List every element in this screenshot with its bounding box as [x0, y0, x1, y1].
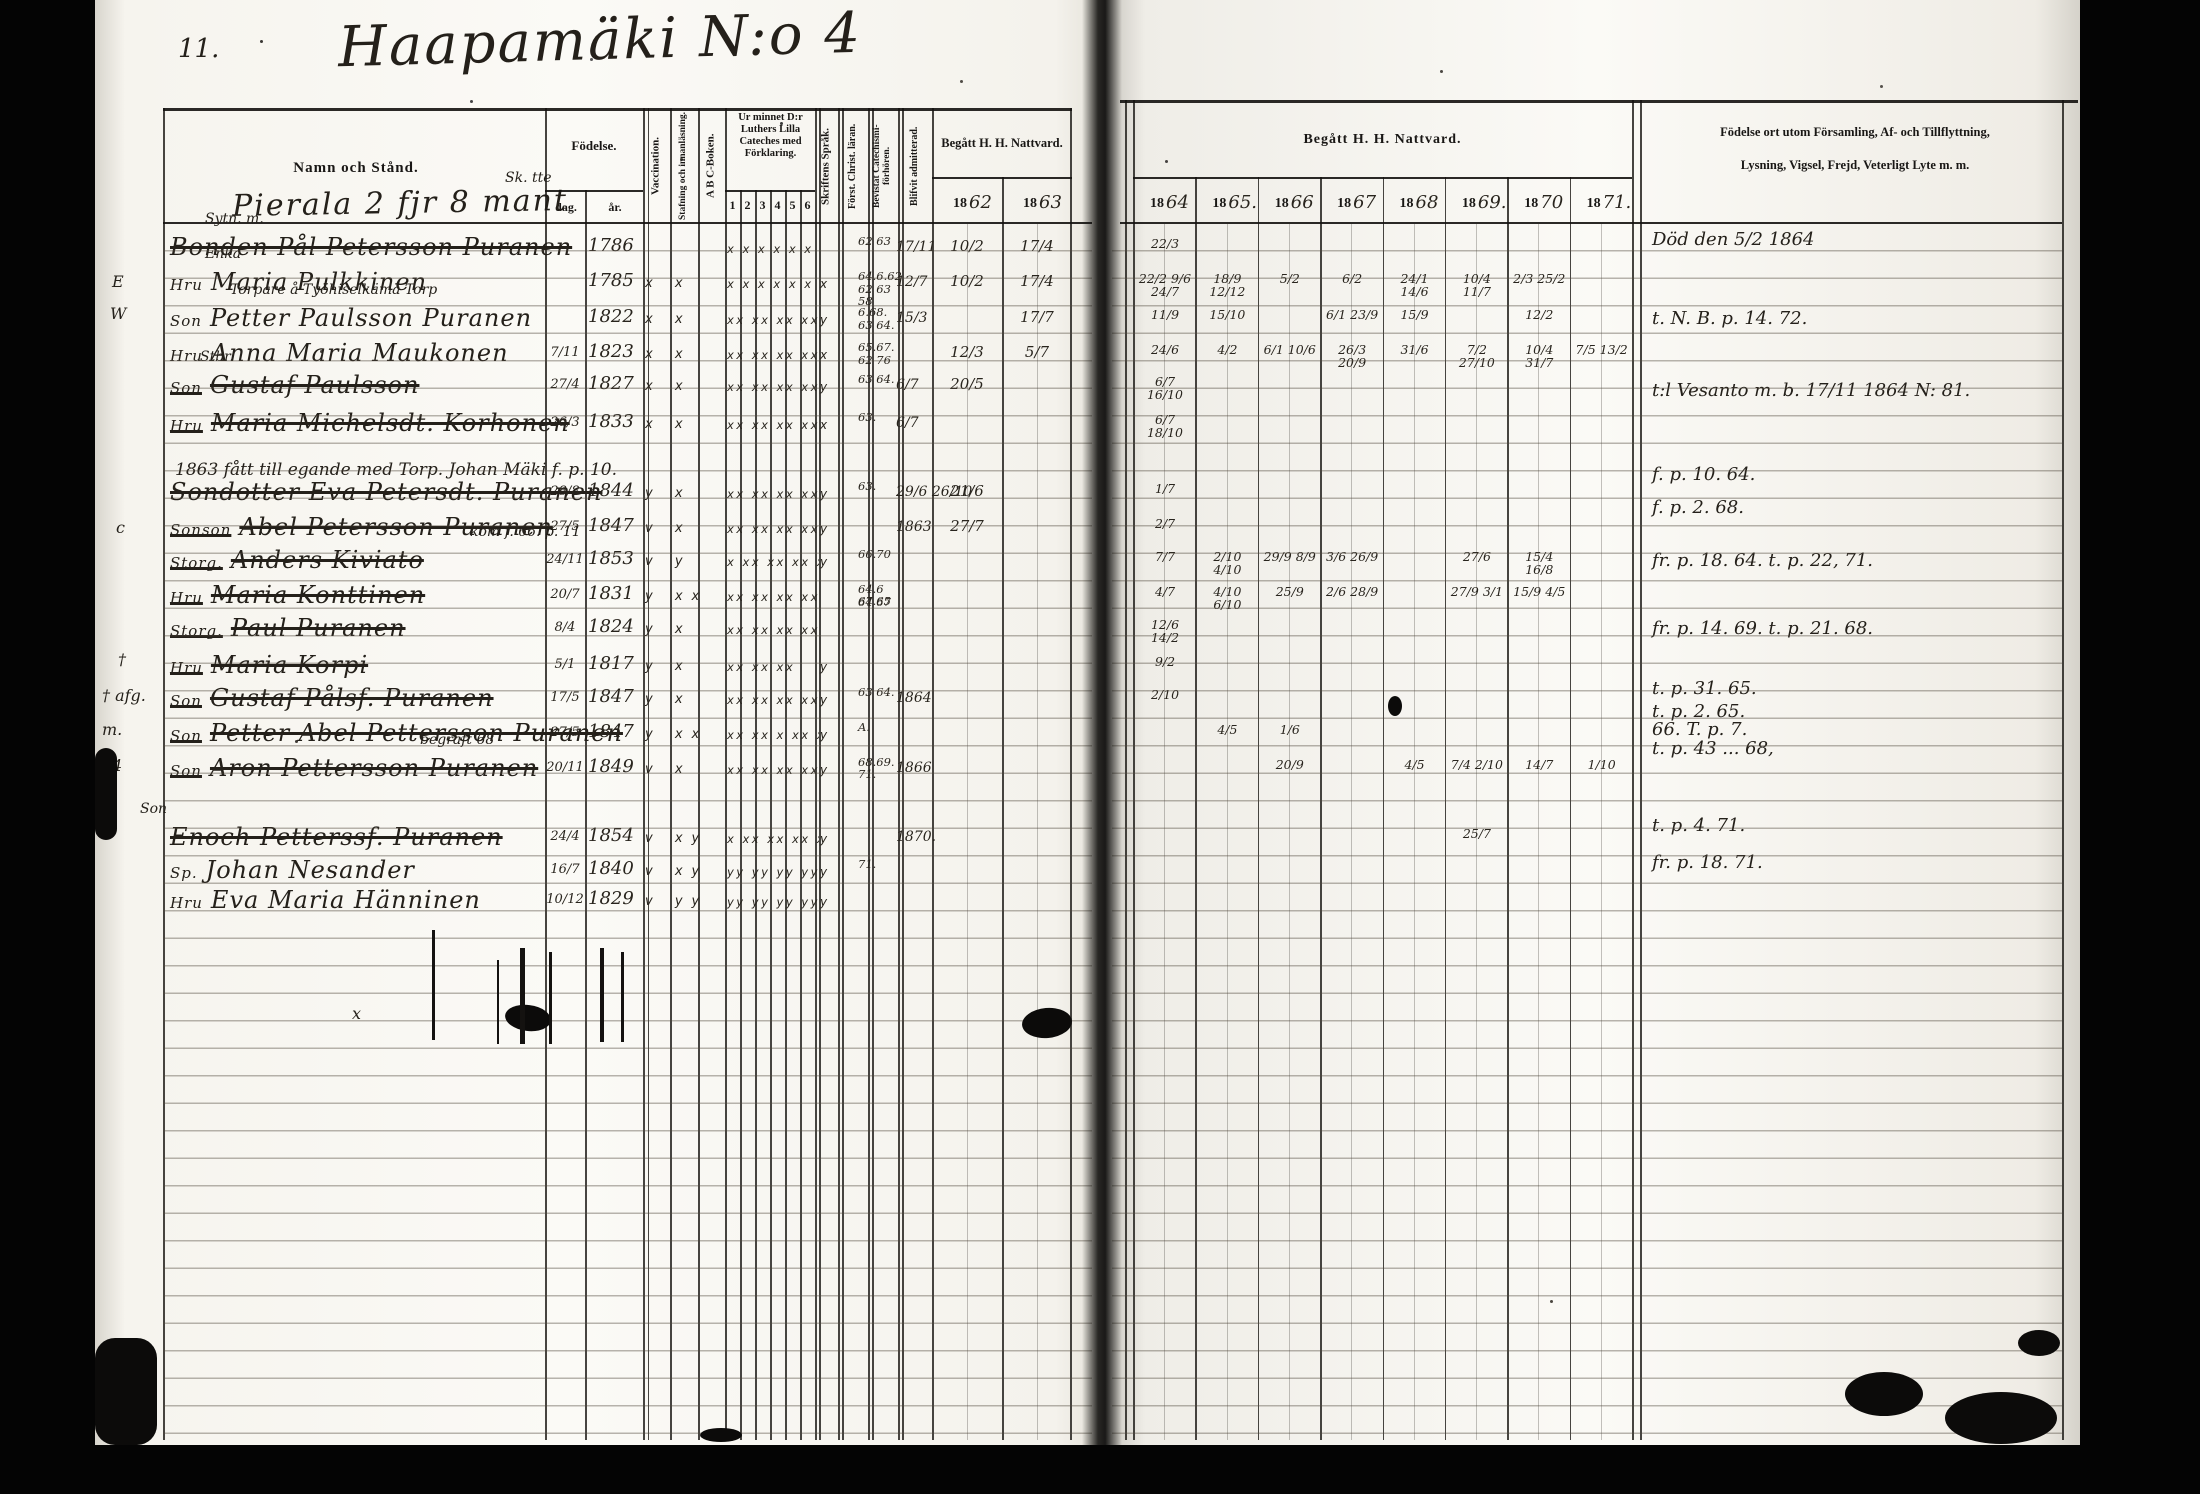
margin-mark: W	[110, 304, 126, 323]
communion-year-handwritten: 71.	[1603, 192, 1632, 213]
communion-year-prefix: 18	[1509, 196, 1538, 212]
communion-year-prefix: 18	[1322, 196, 1351, 212]
ink-stroke	[600, 948, 604, 1042]
ruled-lines-right	[1112, 224, 2062, 1442]
communion-year-prefix: 18	[936, 196, 967, 212]
column-line	[2062, 100, 2064, 1440]
margin-mark: †	[118, 650, 126, 669]
communion-year-handwritten: 65.	[1228, 192, 1257, 213]
catechism-col-number: 2	[740, 198, 755, 213]
ink-stroke	[432, 930, 435, 1040]
column-header-abc-boken: A B C-Boken.	[698, 112, 725, 220]
catechism-col-number: 4	[770, 198, 785, 213]
table-border-line	[1120, 100, 2078, 103]
scan-margin-left	[0, 0, 95, 1494]
communion-year-prefix: 18	[1260, 196, 1289, 212]
ink-smudge	[1845, 1372, 1923, 1416]
communion-year-prefix: 18	[1197, 196, 1226, 212]
communion-year-handwritten: 62	[969, 192, 992, 213]
communion-year-handwritten: 63	[1039, 192, 1062, 213]
notes-header-line2: Lysning, Vigsel, Frejd, Veterligt Lyte m…	[1655, 158, 2055, 173]
communion-year-handwritten: 68	[1416, 192, 1439, 213]
communion-year-prefix: 18	[1572, 196, 1601, 212]
column-header-ar: år.	[588, 200, 642, 215]
table-border-line	[932, 177, 1072, 179]
ink-stroke	[549, 952, 552, 1044]
table-border-line	[163, 108, 1072, 111]
table-border-line	[725, 190, 815, 192]
catechism-col-number: 1	[725, 198, 740, 213]
margin-mark: m.	[102, 720, 122, 739]
communion-year-prefix: 18	[1447, 196, 1476, 212]
column-header-cateches: Ur minnet D:r Luthers Lilla Cateches med…	[726, 112, 815, 160]
catechism-col-number: 5	[785, 198, 800, 213]
communion-year-prefix: 18	[1135, 196, 1164, 212]
ink-smudge	[1945, 1392, 2057, 1444]
page-number: 11.	[178, 34, 219, 64]
communion-year-handwritten: 70	[1540, 192, 1563, 213]
communion-year-prefix: 18	[1006, 196, 1037, 212]
column-header-namn-och-stand: Namn och Stånd.	[170, 160, 542, 177]
scan-margin-bottom	[0, 1445, 2200, 1494]
table-border-line	[545, 190, 643, 192]
ink-stroke	[520, 948, 525, 1044]
catechism-col-number: 3	[755, 198, 770, 213]
ink-smudge	[2018, 1330, 2060, 1356]
ink-stroke	[497, 960, 499, 1044]
notes-header-line1: Födelse ort utom Församling, Af- och Til…	[1655, 125, 2055, 140]
communion-year-handwritten: 64	[1166, 192, 1189, 213]
ink-smudge	[1388, 696, 1402, 716]
column-header-fodelse: Födelse.	[545, 138, 643, 154]
communion-year-handwritten: 69.	[1478, 192, 1507, 213]
ink-stroke	[621, 952, 624, 1042]
village-line: Pierala 2 fjr 8 mant	[232, 183, 569, 224]
margin-mark: E	[112, 272, 124, 291]
ruled-lines-left	[163, 224, 1092, 1442]
column-header-nattvard-left: Begått H. H. Nattvard.	[932, 136, 1072, 151]
communion-year-prefix: 18	[1385, 196, 1414, 212]
margin-mark: c	[116, 518, 125, 537]
ink-smudge	[95, 1338, 157, 1445]
scanned-register-page: 11. Haapamäki N:o 4 Namn och Stånd. Föde…	[0, 0, 2200, 1494]
communion-year-handwritten: 66	[1291, 192, 1314, 213]
catechism-col-number: 6	[800, 198, 815, 213]
scan-margin-right	[2080, 0, 2200, 1494]
ink-smudge	[95, 748, 117, 840]
column-header-stafning: Stafning och innanläsning.	[670, 112, 698, 220]
scan-speckles	[260, 40, 263, 43]
communion-year-handwritten: 67	[1353, 192, 1376, 213]
column-header-nattvard-right: Begått H. H. Nattvard.	[1133, 132, 1632, 148]
margin-mark: † afg.	[102, 686, 146, 705]
ink-smudge	[700, 1428, 742, 1442]
page-gutter-shadow	[1082, 0, 1122, 1445]
table-border-line	[1133, 177, 1632, 179]
